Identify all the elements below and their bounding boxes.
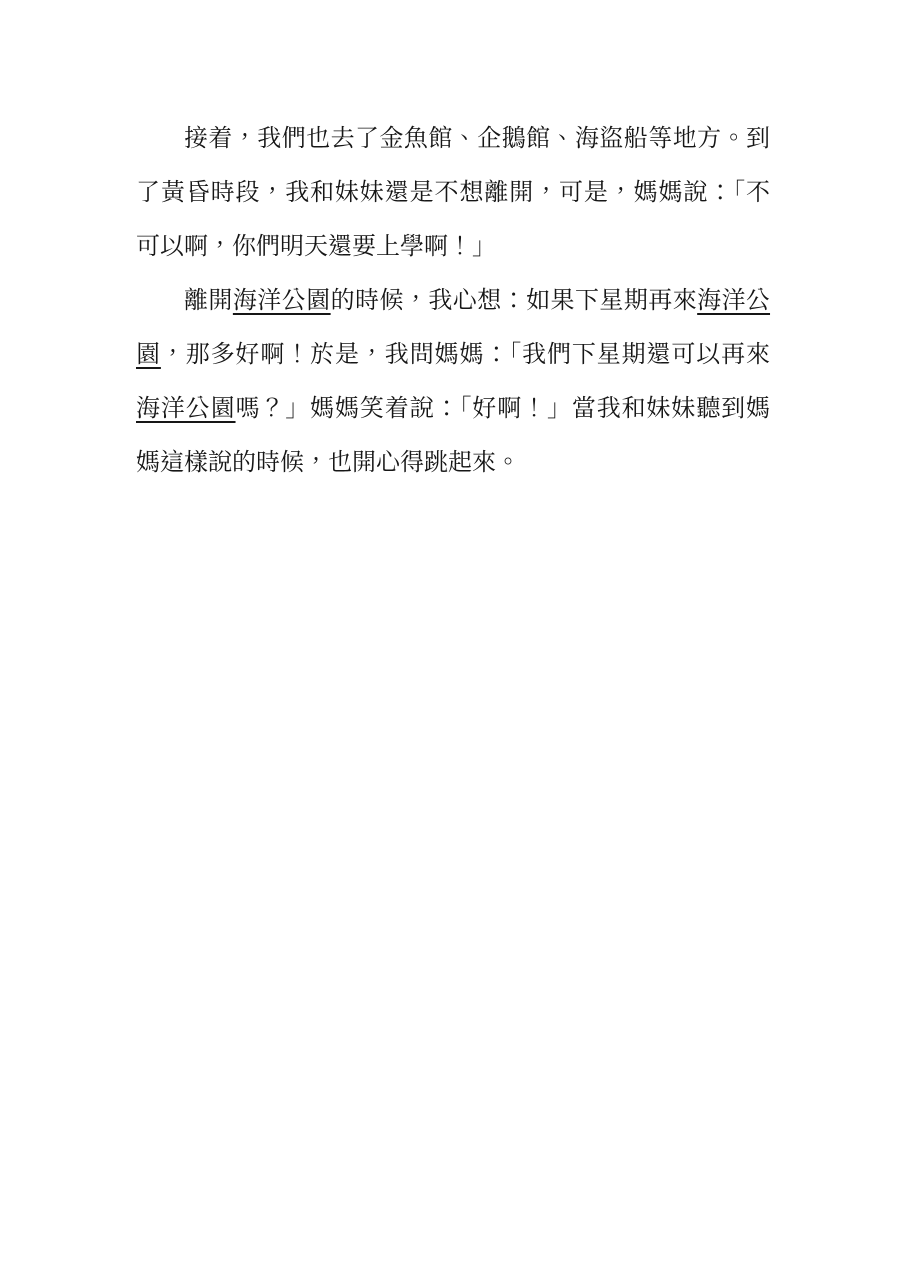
paragraph: 離開海洋公園的時候，我心想：如果下星期再來海洋公園，那多好啊！於是，我問媽媽：「…	[136, 274, 770, 490]
underlined-term: 海洋公園	[233, 287, 331, 314]
paragraph: 接着，我們也去了金魚館、企鵝館、海盜船等地方。到了黃昏時段，我和妹妹還是不想離開…	[136, 112, 770, 274]
document-body-text: 接着，我們也去了金魚館、企鵝館、海盜船等地方。到了黃昏時段，我和妹妹還是不想離開…	[136, 112, 770, 490]
text-segment: 接着，我們也去了金魚館、企鵝館、海盜船等地方。到了黃昏時段，我和妹妹還是不想離開…	[136, 125, 770, 260]
text-segment: ，那多好啊！於是，我問媽媽：「我們下星期還可以再來	[161, 341, 770, 368]
underlined-term: 海洋公園	[136, 395, 236, 422]
text-segment: 的時候，我心想：如果下星期再來	[331, 287, 698, 314]
document-page: 接着，我們也去了金魚館、企鵝館、海盜船等地方。到了黃昏時段，我和妹妹還是不想離開…	[0, 0, 905, 1280]
text-segment: 離開	[184, 287, 233, 314]
